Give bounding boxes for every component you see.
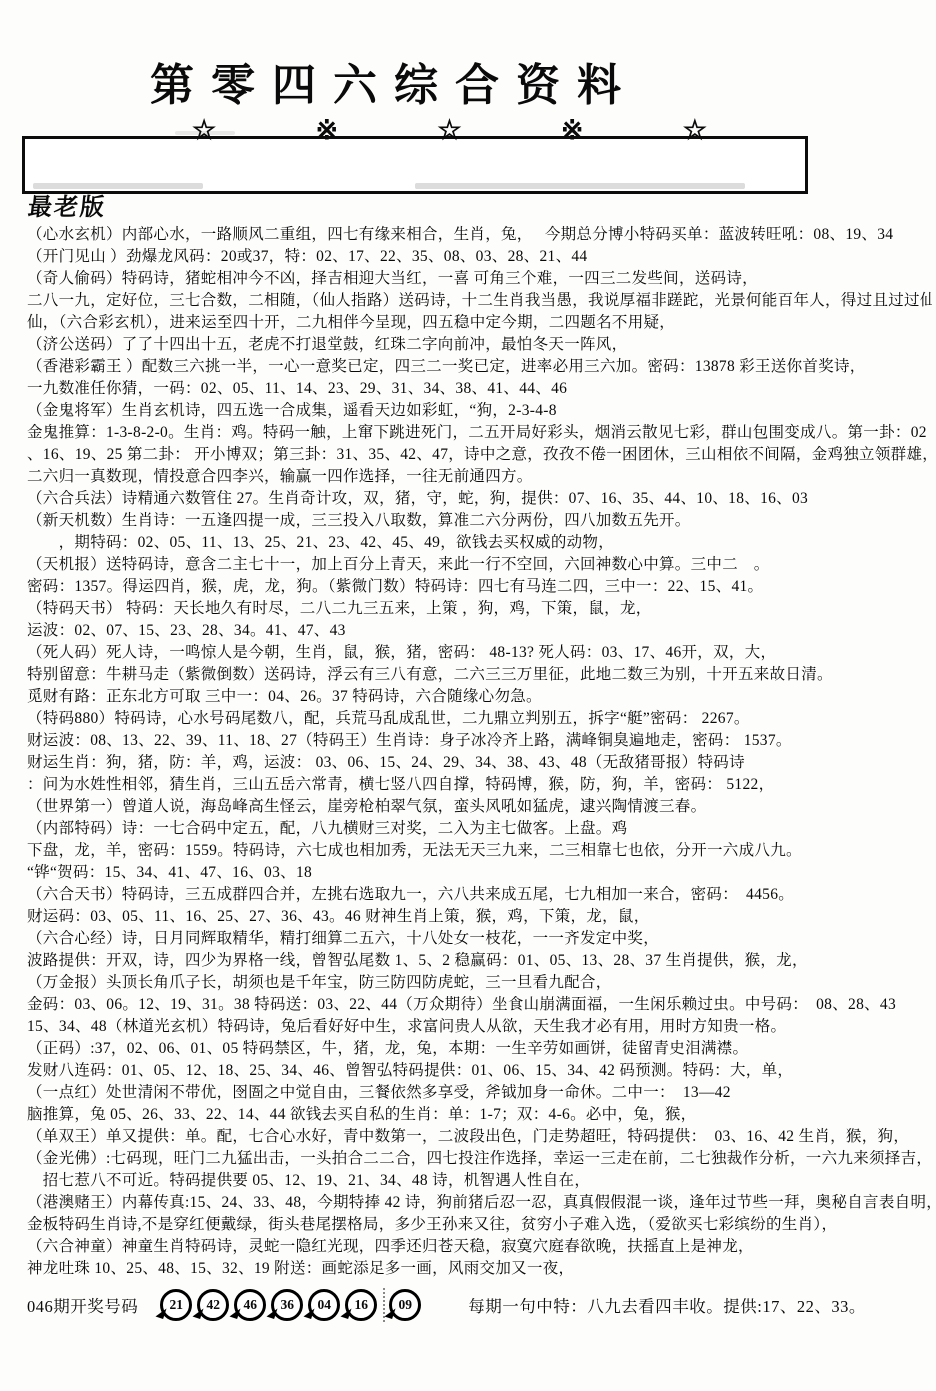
text-line: 招七惹八不可近。特码提供要 05、12、19、21、34、48 诗，机智遇人性自… (27, 1170, 932, 1192)
ball-wing-icon (341, 1306, 352, 1319)
text-line: 觅财有路：正东北方可取 三中一：04、26。37 特码诗，六合随缘心勿急。 (27, 686, 932, 708)
star-icon: ☆ (683, 117, 707, 144)
star-icon: ☆ (192, 117, 216, 144)
text-line: （开门见山 ）劲爆龙风码：20或37，特：02、17、22、35、08、03、2… (27, 246, 932, 268)
result-ball: 09 (389, 1289, 421, 1321)
text-line: 二六归一真数现，情投意合四李兴，输赢一四作选择，一往无前通四方。 (27, 466, 932, 488)
ball-wing-icon (304, 1306, 315, 1319)
text-line: 特别留意：牛耕马走（紫微倒数）送码诗，浮云有三八有意，二六三三万里征，此地二数三… (27, 664, 932, 686)
text-line: （特码天书） 特码：天长地久有时尽，二八二九三五来，上策 ，狗，鸡，下策，鼠，龙… (27, 598, 932, 620)
text-line: 财运波：08、13、22、39、11、18、27（特码王）生肖诗：身子冰冷齐上路… (27, 730, 932, 752)
body-lines: （心水玄机）内部心水，一路顺风二重组，四七有缘来相合，生肖，兔， 今期总分博小特… (0, 224, 936, 1280)
text-line: （特码880）特码诗，心水号码尾数八，配，兵荒马乱成乱世，二九鼎立判别五，拆字“… (27, 708, 932, 730)
edition-label: 最老版 (27, 196, 936, 220)
ball-number: 16 (355, 1297, 369, 1313)
text-line: （奇人偷码）特码诗，猪蛇相冲今不凶，择吉相迎大当红，一喜 可角三个难，一四三二发… (27, 268, 932, 290)
text-line: 金码：03、06。12、19、31。38 特码送：03、22、44（万众期待）坐… (27, 994, 932, 1016)
result-ball: 36 (271, 1289, 303, 1321)
text-line: 密码：1357。得运四肖，猴，虎，龙，狗。（紫微门数）特码诗：四七有马连二四，三… (27, 576, 932, 598)
text-line: 发财八连码：01、05、12、18、25、34、46、曾智弘特码提供：01、06… (27, 1060, 932, 1082)
text-line: 运波：02、07、15、23、28、34。41、47、43 (27, 620, 932, 642)
text-line: ：问为水姓性相邻，猜生肖，三山五岳六常青，横七竖八四自撑，特码博，猴，防，狗，羊… (27, 774, 932, 796)
text-line: 仙，（六合彩玄机），进来运至四十开，二九相伴今呈现，四五稳中定今期，二四题名不用… (27, 312, 932, 334)
ball-wing-icon (267, 1306, 278, 1319)
text-line: （正码）:37，02、06、01、05 特码禁区，牛，猪，龙，兔，本期：一生辛劳… (27, 1038, 932, 1060)
text-line: （死人码）死人诗，一鸣惊人是今朝，生肖，鼠，猴，猪，密码： 48-13? 死人码… (27, 642, 932, 664)
text-line: （新天机数）生肖诗：一五逢四提一成，三三投入八取数，算准二六分两份，四八加数五先… (27, 510, 932, 532)
ball-number: 46 (244, 1297, 258, 1313)
text-line: 二八一九，定好位，三七合数，二相随，（仙人指路）送码诗，十二生肖我当愚，我说厚福… (27, 290, 932, 312)
text-line: （六合天书）特码诗，三五成群四合并，左挑右选取九一，六八共来成五尾，七九相加一来… (27, 884, 932, 906)
result-ball: 16 (345, 1289, 377, 1321)
text-line: （万金报）头顶长角爪子长，胡须也是千年宝，防三防四防虎蛇，三一旦看九配合， (27, 972, 932, 994)
text-line: （金光佛）:七码现，旺门二九猛出击，一头拍合二二合，四七投注作选择，幸运一三走在… (27, 1148, 932, 1170)
result-balls: 21424636041609 (160, 1288, 426, 1322)
text-line: ，期特码：02、05、11、13、25、21、23、42、45、49，欲钱去买权… (27, 532, 932, 554)
result-ball: 46 (234, 1289, 266, 1321)
text-line: （济公送码）了了十四出十五，老虎不打退堂鼓，红珠二字向前冲，最怕冬天一阵风， (27, 334, 932, 356)
text-line: 脑推算，兔 05、26、33、22、14、44 欲钱去买自私的生肖：单：1-7；… (27, 1104, 932, 1126)
text-line: 一九数准任你猜，一码：02、05、11、14、23、29、31、34、38、41… (27, 378, 932, 400)
text-line: （天机报）送特码诗，意含二主七十一，加上百分上青天，来此一行不空回，六回神数心中… (27, 554, 932, 576)
result-ball: 42 (197, 1289, 229, 1321)
text-line: （六合神童）神童生肖特码诗，灵蛇一隐红光现，四季还归苍天稳，寂寞穴庭春欲晚，扶摇… (27, 1236, 932, 1258)
result-note: 每期一句中特：八九去看四丰收。提供:17、22、33。 (468, 1293, 866, 1317)
result-row: 046期开奖号码 21424636041609 每期一句中特：八九去看四丰收。提… (27, 1288, 936, 1322)
text-line: （一点红）处世清闲不带优，囹圄之中觉自由，三餐依然多享受，斧钺加身一命休。二中一… (27, 1082, 932, 1104)
text-line: 金板特码生肖诗,不是穿红便戴绿，街头巷尾摆格局，多少王孙来又往，贫穷小子难入选，… (27, 1214, 932, 1236)
page-title: 第零四六综合资料 (0, 0, 936, 113)
decorative-symbols: ☆ ※ ☆ ※ ☆ (192, 117, 707, 144)
text-line: 财运码：03、05、11、16、25、27、36、43。46 财神生肖上策，猴，… (27, 906, 932, 928)
text-line: （内部特码）诗：一七合码中定五，配，八九横财三对奖，二入为主七做客。上盘。鸡 (27, 818, 932, 840)
ball-number: 04 (318, 1297, 332, 1313)
text-line: 、16、19、25 第二卦： 开小博双；第三卦：31、35、42、47，诗中之意… (27, 444, 932, 466)
text-line: 下盘，龙，羊，密码：1559。特码诗，六七成也相加秀，无法无天三九来，二三相靠七… (27, 840, 932, 862)
text-line: （六合兵法）诗精通六数管住 27。生肖奇计攻，双，猪，守，蛇，狗，提供：07、1… (27, 488, 932, 510)
text-line: （六合心经）诗，日月同辉取精华，精打细算二五六，十八处女一枝花，一一齐发定中奖， (27, 928, 932, 950)
ball-number: 36 (281, 1297, 295, 1313)
box-smudge (415, 183, 745, 189)
ball-number: 42 (207, 1297, 221, 1313)
text-line: 财运生肖：狗，猪，防：羊，鸡，运波： 03、06、15、24、29、34、38、… (27, 752, 932, 774)
text-line: （心水玄机）内部心水，一路顺风二重组，四七有缘来相合，生肖，兔， 今期总分博小特… (27, 224, 932, 246)
text-line: （世界第一）曾道人说，海岛峰高生怪云，崖旁枪柏翠气氛，蛮头风吼如猛虎，逮兴陶情渡… (27, 796, 932, 818)
result-label: 046期开奖号码 (27, 1293, 138, 1317)
reference-mark-icon: ※ (315, 117, 338, 144)
ball-wing-icon (230, 1306, 241, 1319)
text-line: 波路提供：开双，诗，四少为界格一线，曾智弘尾数 1、5、2 稳赢码：01、05、… (27, 950, 932, 972)
reference-mark-icon: ※ (561, 117, 584, 144)
text-line: （单双王）单又提供：单。配，七合心水好，青中数第一，二波段出色，门走势超旺，特码… (27, 1126, 932, 1148)
text-line: （金鬼将军）生肖玄机诗，四五选一合成集，遥看天边如彩虹，“狗，2-3-4-8 (27, 400, 932, 422)
text-line: （港澳赌王）内幕传真:15、24、33、48，今期特捧 42 诗，狗前猪后忍一忍… (27, 1192, 932, 1214)
ball-number: 21 (170, 1297, 184, 1313)
star-icon: ☆ (437, 117, 461, 144)
text-line: “铧“贺码：15、34、41、47、16、03、18 (27, 862, 932, 884)
ball-wing-icon (193, 1306, 204, 1319)
text-line: 金鬼推算：1-3-8-2-0。生肖：鸡。特码一触，上窜下跳进死门，二五开局好彩头… (27, 422, 932, 444)
result-ball: 21 (160, 1289, 192, 1321)
text-line: 15、34、48（林道光玄机）特码诗，兔后看好好中生，求富问贵人从欲，天生我才必… (27, 1016, 932, 1038)
document-page: 第零四六综合资料 ☆ ※ ☆ ※ ☆ 最老版 （心水玄机）内部心水，一路顺风二重… (0, 0, 936, 1391)
result-ball: 04 (308, 1289, 340, 1321)
ball-wing-icon (156, 1306, 167, 1319)
box-smudge (33, 183, 203, 189)
text-line: 神龙吐珠 10、25、48、15、32、19 附送：画蛇添足多一画，风雨交加又一… (27, 1258, 932, 1280)
text-line: （香港彩霸王 ）配数三六挑一半，一心一意奖已定，四三二一奖已定，进率必用三六加。… (27, 356, 932, 378)
ball-wing-icon (385, 1306, 396, 1319)
ball-number: 09 (399, 1297, 413, 1313)
